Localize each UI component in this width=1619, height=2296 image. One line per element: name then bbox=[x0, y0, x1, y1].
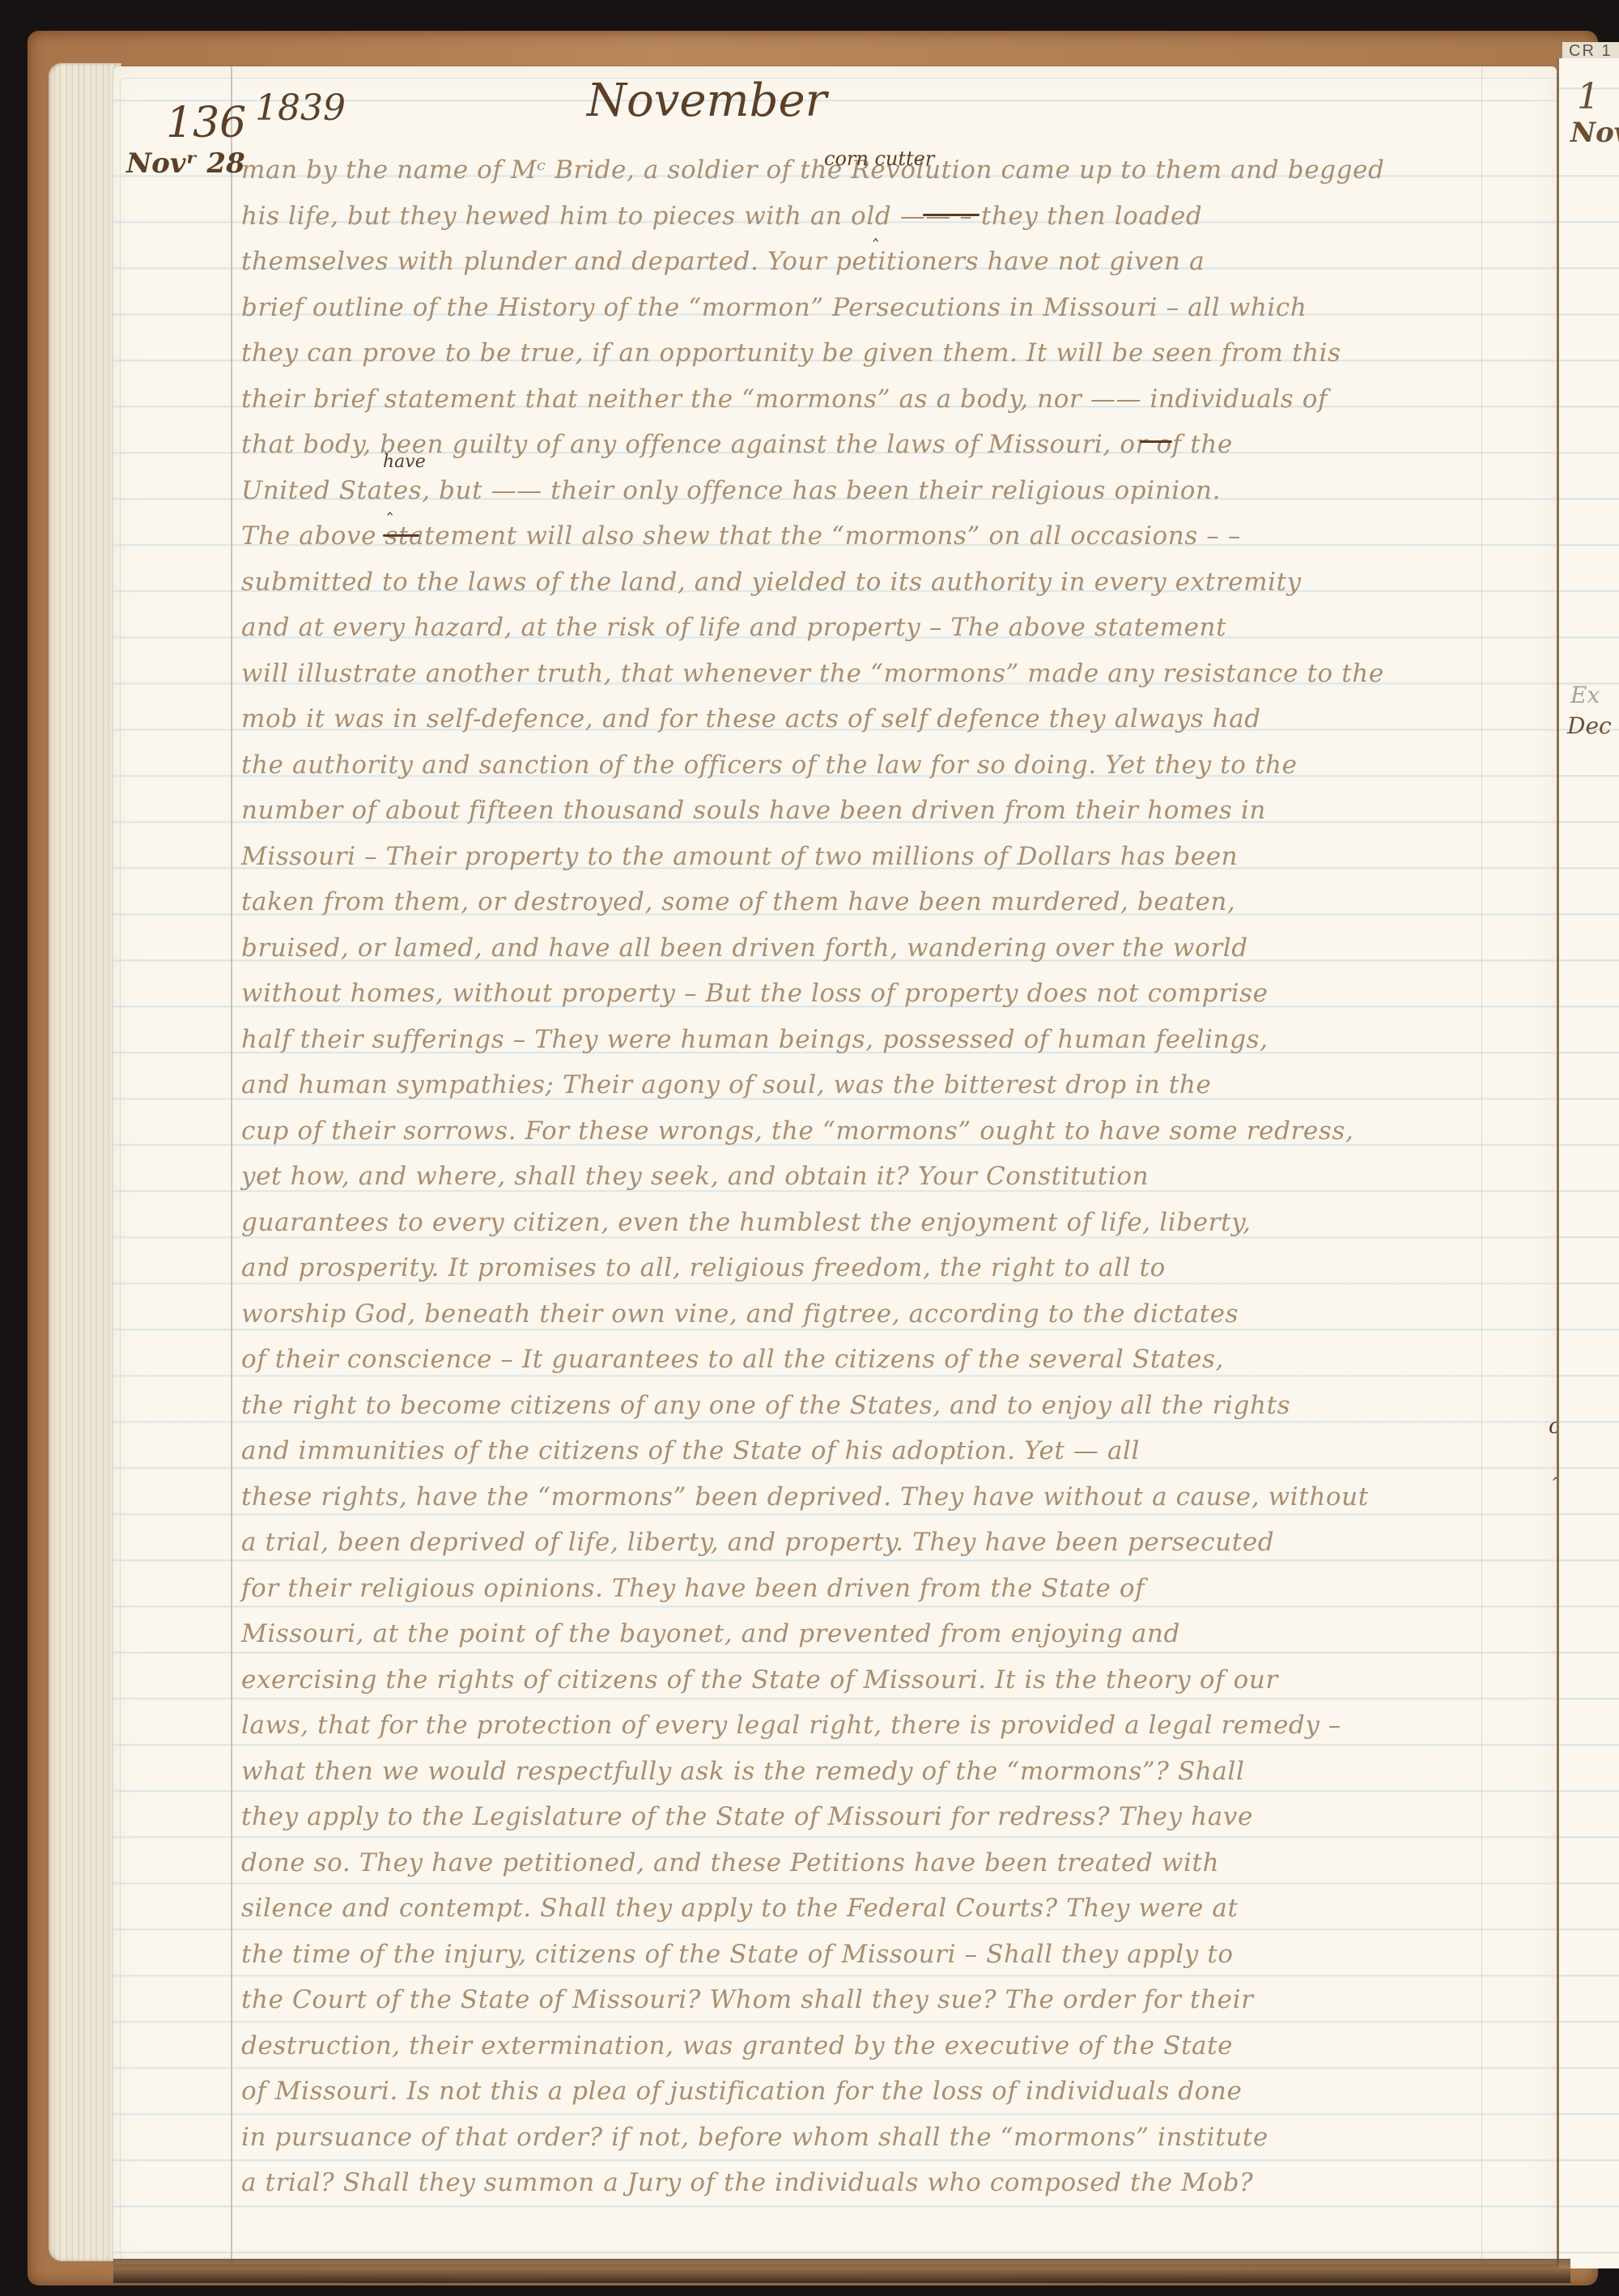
text-line: worship God, beneath their own vine, and… bbox=[241, 1291, 1488, 1337]
scan-stage: CR 1 1 Nov Ex Dec 136 Novʳ 28 1839 Novem… bbox=[0, 0, 1619, 2296]
adjacent-page-date: Nov bbox=[1570, 117, 1619, 149]
entry-date: Novʳ 28 bbox=[126, 147, 245, 180]
text-line: without homes, without property – But th… bbox=[241, 971, 1488, 1017]
adjacent-page-number: 1 bbox=[1577, 76, 1600, 117]
text-line: the Court of the State of Missouri? Whom… bbox=[241, 1977, 1488, 2023]
text-line: exercising the rights of citizens of the… bbox=[241, 1657, 1488, 1703]
adjacent-page: 1 Nov Ex Dec bbox=[1557, 58, 1619, 2268]
text-line: a trial? Shall they summon a Jury of the… bbox=[241, 2160, 1488, 2206]
text-line: a trial, been deprived of life, liberty,… bbox=[241, 1520, 1488, 1566]
text-line: the authority and sanction of the office… bbox=[241, 742, 1488, 789]
text-line: and immunities of the citizens of the St… bbox=[241, 1428, 1488, 1474]
interlinear-insertion-corn-cutter: corn cutter bbox=[824, 147, 934, 170]
journal-body-text: man by the name of Mᶜ Bride, a soldier o… bbox=[241, 147, 1488, 2206]
text-line: brief outline of the History of the “mor… bbox=[241, 285, 1488, 331]
text-line: their brief statement that neither the “… bbox=[241, 376, 1488, 423]
text-line: cup of their sorrows. For these wrongs, … bbox=[241, 1108, 1488, 1154]
page-number: 136 bbox=[166, 99, 246, 147]
text-line: laws, that for the protection of every l… bbox=[241, 1703, 1488, 1749]
text-line: done so. They have petitioned, and these… bbox=[241, 1840, 1488, 1886]
insertion-caret-icon: ‸ bbox=[1553, 1461, 1557, 1481]
adjacent-margin-note-ex: Ex bbox=[1570, 682, 1600, 708]
text-line: the time of the injury, citizens of the … bbox=[241, 1932, 1488, 1978]
adjacent-margin-note-dec: Dec bbox=[1567, 712, 1612, 739]
text-line: themselves with plunder and departed. Yo… bbox=[241, 239, 1488, 285]
text-line: Missouri, at the point of the bayonet, a… bbox=[241, 1611, 1488, 1657]
journal-page: 136 Novʳ 28 1839 November man by the nam… bbox=[113, 66, 1557, 2264]
text-line: silence and contempt. Shall they apply t… bbox=[241, 1886, 1488, 1932]
text-line: Missouri – Their property to the amount … bbox=[241, 834, 1488, 880]
insertion-caret-icon: ‸ bbox=[873, 222, 878, 242]
text-line: that body, been guilty of any offence ag… bbox=[241, 422, 1488, 468]
month-heading: November bbox=[587, 74, 826, 127]
text-line: for their religious opinions. They have … bbox=[241, 1566, 1488, 1612]
page-stack-fore-edge bbox=[49, 63, 121, 2261]
text-line: submitted to the laws of the land, and y… bbox=[241, 559, 1488, 606]
text-line: The above statement will also shew that … bbox=[241, 513, 1488, 559]
interlinear-insertion-of: of bbox=[1549, 1414, 1557, 1439]
text-line: bruised, or lamed, and have all been dri… bbox=[241, 925, 1488, 972]
text-line: of their conscience – It guarantees to a… bbox=[241, 1337, 1488, 1383]
text-line: yet how, and where, shall they seek, and… bbox=[241, 1154, 1488, 1200]
text-line: mob it was in self-defence, and for thes… bbox=[241, 696, 1488, 742]
text-line: what then we would respectfully ask is t… bbox=[241, 1749, 1488, 1795]
text-line: number of about fifteen thousand souls h… bbox=[241, 788, 1488, 834]
text-line: these rights, have the “mormons” been de… bbox=[241, 1474, 1488, 1520]
text-line: and human sympathies; Their agony of sou… bbox=[241, 1062, 1488, 1108]
text-line: will illustrate another truth, that when… bbox=[241, 651, 1488, 697]
text-line: destruction, their extermination, was gr… bbox=[241, 2023, 1488, 2069]
text-line: they can prove to be true, if an opportu… bbox=[241, 330, 1488, 376]
text-line: and prosperity. It promises to all, reli… bbox=[241, 1245, 1488, 1291]
cover-bottom-edge bbox=[113, 2259, 1570, 2283]
strikethrough-mark bbox=[923, 214, 979, 216]
text-line: they apply to the Legislature of the Sta… bbox=[241, 1794, 1488, 1840]
text-line: the right to become citizens of any one … bbox=[241, 1383, 1488, 1429]
text-line: half their sufferings – They were human … bbox=[241, 1017, 1488, 1063]
text-line: of Missouri. Is not this a plea of justi… bbox=[241, 2069, 1488, 2115]
insertion-caret-icon: ‸ bbox=[387, 495, 393, 516]
strikethrough-mark bbox=[383, 534, 419, 537]
text-line: his life, but they hewed him to pieces w… bbox=[241, 193, 1488, 240]
text-line: United States, but —— their only offence… bbox=[241, 468, 1488, 514]
strikethrough-mark bbox=[1140, 440, 1172, 443]
text-line: in pursuance of that order? if not, befo… bbox=[241, 2115, 1488, 2161]
interlinear-insertion-have: have bbox=[383, 452, 426, 472]
text-line: guarantees to every citizen, even the hu… bbox=[241, 1200, 1488, 1246]
text-line: and at every hazard, at the risk of life… bbox=[241, 605, 1488, 651]
left-margin-rule bbox=[231, 66, 232, 2264]
year-heading: 1839 bbox=[255, 87, 346, 129]
text-line: taken from them, or destroyed, some of t… bbox=[241, 879, 1488, 925]
